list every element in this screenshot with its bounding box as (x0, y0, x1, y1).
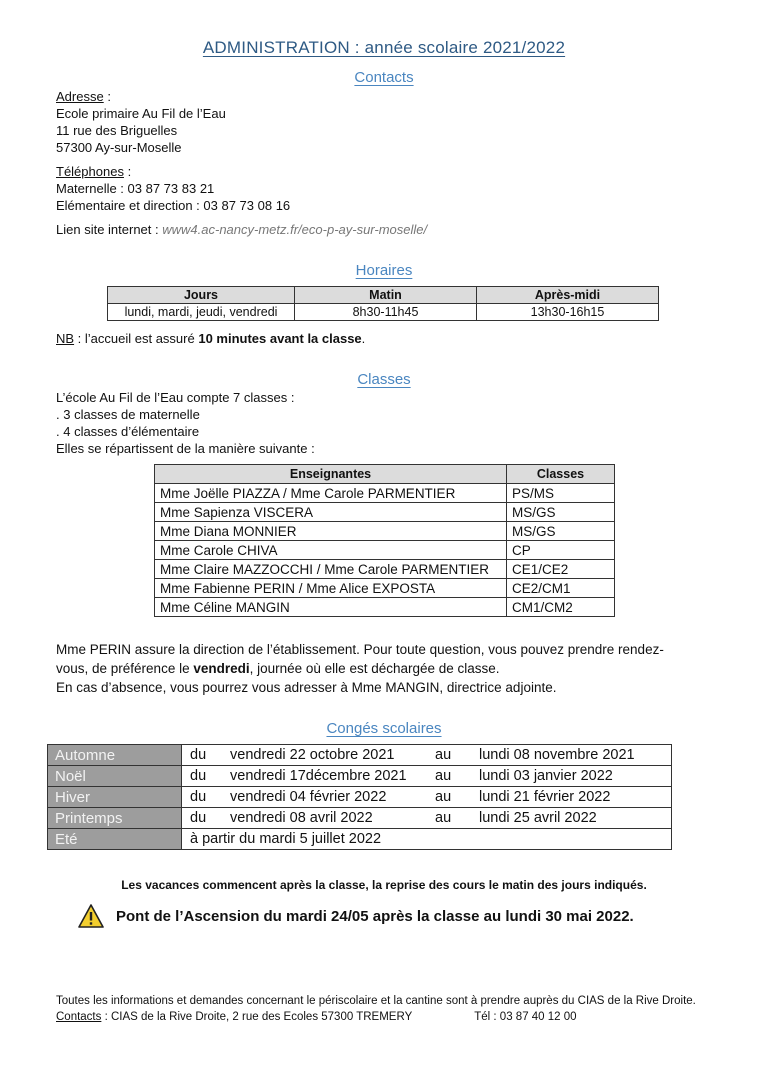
direction-text: , journée où elle est déchargée de class… (250, 661, 500, 676)
table-row: Mme Carole CHIVACP (155, 541, 615, 560)
class-level: PS/MS (507, 484, 615, 503)
teacher-name: Mme Carole CHIVA (155, 541, 507, 560)
ascension-notice: Pont de l’Ascension du mardi 24/05 après… (78, 904, 634, 928)
du-label: du (182, 789, 230, 805)
section-holidays-heading: Congés scolaires (0, 720, 768, 737)
teacher-name: Mme Sapienza VISCERA (155, 503, 507, 522)
season-label: Eté (48, 829, 182, 850)
address-label: Adresse (56, 89, 104, 104)
nb-text: : l’accueil est assuré (74, 331, 198, 346)
classes-intro: . 3 classes de maternelle (56, 406, 200, 423)
teacher-name: Mme Céline MANGIN (155, 598, 507, 617)
phones-label-line: Téléphones : (56, 163, 131, 180)
du-label: du (182, 810, 230, 826)
hours-cell: 13h30-16h15 (477, 304, 659, 321)
phone-line: Maternelle : 03 87 73 83 21 (56, 180, 214, 197)
teacher-name: Mme Fabienne PERIN / Mme Alice EXPOSTA (155, 579, 507, 598)
table-row: Mme Fabienne PERIN / Mme Alice EXPOSTACE… (155, 579, 615, 598)
section-classes-heading: Classes (0, 371, 768, 388)
website-link[interactable]: www4.ac-nancy-metz.fr/eco-p-ay-sur-mosel… (162, 222, 427, 237)
website-line: Lien site internet : www4.ac-nancy-metz.… (56, 221, 427, 238)
classes-intro: Elles se répartissent de la manière suiv… (56, 440, 315, 457)
holidays-note: Les vacances commencent après la classe,… (0, 878, 768, 892)
start-date: vendredi 17décembre 2021 (230, 768, 435, 784)
table-row: Automne duvendredi 22 octobre 2021aulund… (48, 745, 672, 766)
footer-phone: Tél : 03 87 40 12 00 (474, 1011, 576, 1023)
table-row: Mme Joëlle PIAZZA / Mme Carole PARMENTIE… (155, 484, 615, 503)
warning-icon (78, 904, 104, 928)
direction-line: En cas d’absence, vous pourrez vous adre… (56, 678, 556, 697)
hours-cell: lundi, mardi, jeudi, vendredi (108, 304, 295, 321)
table-row: Mme Sapienza VISCERAMS/GS (155, 503, 615, 522)
au-label: au (435, 810, 479, 826)
au-label: au (435, 789, 479, 805)
start-date: vendredi 08 avril 2022 (230, 810, 435, 826)
direction-bold: vendredi (193, 661, 249, 676)
class-level: CM1/CM2 (507, 598, 615, 617)
hours-col-header: Jours (108, 287, 295, 304)
class-level: CE2/CM1 (507, 579, 615, 598)
summer-text: à partir du mardi 5 juillet 2022 (182, 829, 672, 850)
classes-intro: . 4 classes d’élémentaire (56, 423, 199, 440)
footer-contacts-text: : CIAS de la Rive Droite, 2 rue des Ecol… (101, 1011, 412, 1023)
du-label: du (182, 747, 230, 763)
nb-bold: 10 minutes avant la classe (198, 331, 361, 346)
hours-col-header: Après-midi (477, 287, 659, 304)
table-row: Hiver duvendredi 04 février 2022aulundi … (48, 787, 672, 808)
hours-table: Jours Matin Après-midi lundi, mardi, jeu… (107, 286, 659, 321)
end-date: lundi 08 novembre 2021 (479, 747, 635, 763)
footer-line: Toutes les informations et demandes conc… (56, 993, 696, 1009)
end-date: lundi 03 janvier 2022 (479, 768, 613, 784)
teachers-col-header: Enseignantes (155, 465, 507, 484)
start-date: vendredi 04 février 2022 (230, 789, 435, 805)
season-label: Noël (48, 766, 182, 787)
direction-line: Mme PERIN assure la direction de l’établ… (56, 640, 664, 659)
address-label-line: Adresse : (56, 88, 111, 105)
du-label: du (182, 768, 230, 784)
hours-col-header: Matin (295, 287, 477, 304)
class-level: MS/GS (507, 522, 615, 541)
nb-end: . (362, 331, 366, 346)
class-level: CP (507, 541, 615, 560)
direction-text: vous, de préférence le (56, 661, 193, 676)
start-date: vendredi 22 octobre 2021 (230, 747, 435, 763)
table-row: Eté à partir du mardi 5 juillet 2022 (48, 829, 672, 850)
end-date: lundi 21 février 2022 (479, 789, 610, 805)
table-row: Printemps duvendredi 08 avril 2022aulund… (48, 808, 672, 829)
hours-cell: 8h30-11h45 (295, 304, 477, 321)
table-row: Noël duvendredi 17décembre 2021aulundi 0… (48, 766, 672, 787)
hours-note: NB : l’accueil est assuré 10 minutes ava… (56, 330, 365, 347)
table-row: Mme Claire MAZZOCCHI / Mme Carole PARMEN… (155, 560, 615, 579)
footer-contacts-label: Contacts (56, 1011, 101, 1023)
au-label: au (435, 747, 479, 763)
season-label: Hiver (48, 787, 182, 808)
address-line: Ecole primaire Au Fil de l’Eau (56, 105, 226, 122)
nb-label: NB (56, 331, 74, 346)
footer-contacts: Contacts : CIAS de la Rive Droite, 2 rue… (56, 1009, 577, 1025)
table-row: Mme Diana MONNIERMS/GS (155, 522, 615, 541)
class-level: MS/GS (507, 503, 615, 522)
website-label: Lien site internet : (56, 222, 159, 237)
hours-row: lundi, mardi, jeudi, vendredi 8h30-11h45… (108, 304, 659, 321)
classes-intro: L’école Au Fil de l’Eau compte 7 classes… (56, 389, 294, 406)
direction-line: vous, de préférence le vendredi, journée… (56, 659, 500, 678)
section-contacts-heading: Contacts (0, 69, 768, 86)
page-title: ADMINISTRATION : année scolaire 2021/202… (0, 38, 768, 58)
au-label: au (435, 768, 479, 784)
teacher-name: Mme Diana MONNIER (155, 522, 507, 541)
season-label: Automne (48, 745, 182, 766)
holidays-table: Automne duvendredi 22 octobre 2021aulund… (47, 744, 672, 850)
class-level: CE1/CE2 (507, 560, 615, 579)
ascension-text: Pont de l’Ascension du mardi 24/05 après… (116, 908, 634, 925)
phones-label: Téléphones (56, 164, 124, 179)
teacher-name: Mme Joëlle PIAZZA / Mme Carole PARMENTIE… (155, 484, 507, 503)
section-hours-heading: Horaires (0, 262, 768, 279)
phone-line: Elémentaire et direction : 03 87 73 08 1… (56, 197, 290, 214)
address-line: 57300 Ay-sur-Moselle (56, 139, 182, 156)
end-date: lundi 25 avril 2022 (479, 810, 597, 826)
table-row: Mme Céline MANGINCM1/CM2 (155, 598, 615, 617)
teachers-table: Enseignantes Classes Mme Joëlle PIAZZA /… (154, 464, 615, 617)
teachers-col-header: Classes (507, 465, 615, 484)
season-label: Printemps (48, 808, 182, 829)
address-line: 11 rue des Briguelles (56, 122, 177, 139)
teacher-name: Mme Claire MAZZOCCHI / Mme Carole PARMEN… (155, 560, 507, 579)
